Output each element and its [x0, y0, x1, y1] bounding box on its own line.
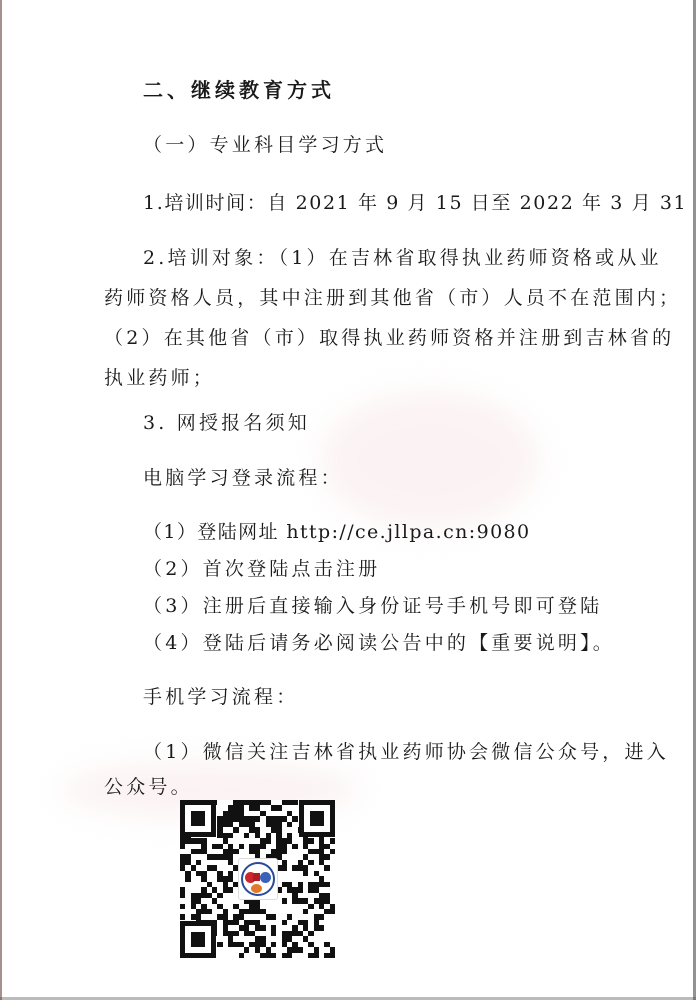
- qr-code-icon: [180, 800, 335, 958]
- pc-step-2: （2）首次登陆点击注册: [143, 557, 380, 581]
- pc-flow-title: 电脑学习登录流程：: [143, 466, 343, 490]
- mobile-step-1-line2: 公众号。: [104, 775, 193, 799]
- qr-finder-bottom-left: [180, 921, 216, 958]
- section-heading: 二、继续教育方式: [143, 78, 335, 102]
- training-target-line1: 2.培训对象：（1）在吉林省取得执业药师资格或从业: [143, 246, 662, 270]
- qr-finder-top-right: [299, 800, 335, 837]
- mobile-step-1-line1: （1）微信关注吉林省执业药师协会微信公众号，进入: [143, 740, 669, 764]
- training-target-line4: 执业药师；: [104, 366, 215, 390]
- pc-step-4: （4）登陆后请务必阅读公告中的【重要说明】。: [143, 631, 615, 655]
- training-time: 1.培训时间：自 2021 年 9 月 15 日至 2022 年 3 月 31 …: [143, 191, 696, 215]
- subsection-heading: （一）专业科目学习方式: [143, 133, 387, 157]
- online-registration-heading: 3. 网授报名须知: [143, 411, 310, 435]
- mobile-flow-title: 手机学习流程：: [143, 685, 298, 709]
- scan-stain: [320, 390, 540, 530]
- pc-step-1: （1）登陆网址 http://ce.jllpa.cn:9080: [143, 520, 531, 544]
- qr-finder-top-left: [180, 800, 216, 837]
- page-edge: [0, 0, 2, 1000]
- association-logo-icon: [238, 858, 278, 900]
- training-target-line2: 药师资格人员，其中注册到其他省（市）人员不在范围内；: [104, 286, 681, 310]
- pc-step-3: （3）注册后直接输入身份证号手机号即可登陆: [143, 594, 602, 618]
- training-target-line3: （2）在其他省（市）取得执业药师资格并注册到吉林省的: [104, 326, 674, 350]
